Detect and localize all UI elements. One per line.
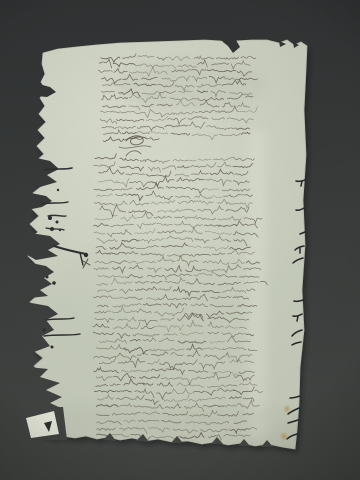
- manuscript-photo: [0, 0, 360, 480]
- photo-vignette: [0, 0, 360, 480]
